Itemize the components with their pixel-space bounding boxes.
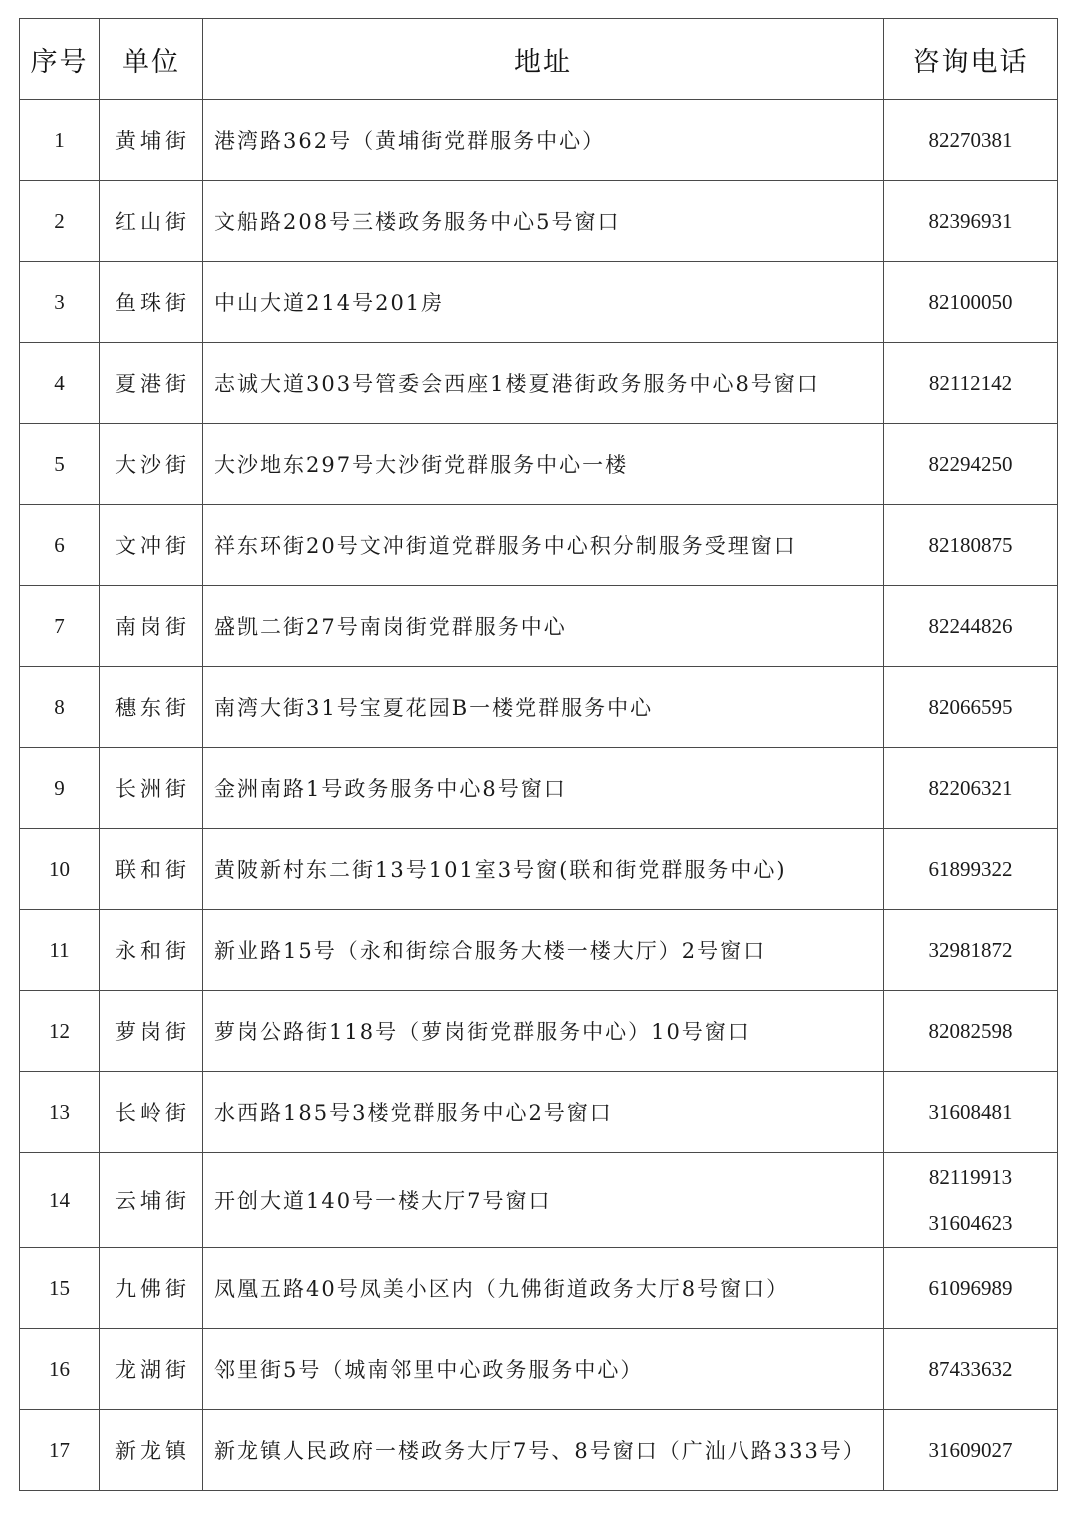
table-row: 11永和街新业路15号（永和街综合服务大楼一楼大厅）2号窗口32981872 — [20, 910, 1058, 991]
table-row: 13长岭街水西路185号3楼党群服务中心2号窗口31608481 — [20, 1072, 1058, 1153]
row-unit: 大沙街 — [100, 424, 203, 505]
row-index: 11 — [20, 910, 100, 991]
row-phone: 82082598 — [884, 991, 1058, 1072]
row-index: 8 — [20, 667, 100, 748]
table-row: 1黄埔街港湾路362号（黄埔街党群服务中心）82270381 — [20, 100, 1058, 181]
header-address: 地址 — [203, 19, 884, 100]
row-unit: 南岗街 — [100, 586, 203, 667]
row-phone: 82066595 — [884, 667, 1058, 748]
row-unit: 红山街 — [100, 181, 203, 262]
phone-number: 82294250 — [884, 441, 1057, 487]
table-row: 5大沙街大沙地东297号大沙街党群服务中心一楼82294250 — [20, 424, 1058, 505]
row-unit: 黄埔街 — [100, 100, 203, 181]
table-row: 8穗东街南湾大街31号宝夏花园B一楼党群服务中心82066595 — [20, 667, 1058, 748]
row-index: 17 — [20, 1410, 100, 1491]
row-index: 3 — [20, 262, 100, 343]
row-phone: 82244826 — [884, 586, 1058, 667]
row-index: 14 — [20, 1153, 100, 1248]
phone-number: 31604623 — [884, 1200, 1057, 1246]
phone-number: 61096989 — [884, 1265, 1057, 1311]
row-index: 1 — [20, 100, 100, 181]
phone-number: 87433632 — [884, 1346, 1057, 1392]
row-unit: 长洲街 — [100, 748, 203, 829]
row-unit: 联和街 — [100, 829, 203, 910]
table-row: 4夏港街志诚大道303号管委会西座1楼夏港街政务服务中心8号窗口82112142 — [20, 343, 1058, 424]
row-address: 萝岗公路街118号（萝岗街党群服务中心）10号窗口 — [203, 991, 884, 1072]
table-row: 16龙湖街邻里街5号（城南邻里中心政务服务中心）87433632 — [20, 1329, 1058, 1410]
header-row: 序号 单位 地址 咨询电话 — [20, 19, 1058, 100]
table-row: 17新龙镇新龙镇人民政府一楼政务大厅7号、8号窗口（广汕八路333号）31609… — [20, 1410, 1058, 1491]
row-address: 开创大道140号一楼大厅7号窗口 — [203, 1153, 884, 1248]
row-address: 港湾路362号（黄埔街党群服务中心） — [203, 100, 884, 181]
row-address: 志诚大道303号管委会西座1楼夏港街政务服务中心8号窗口 — [203, 343, 884, 424]
row-address: 大沙地东297号大沙街党群服务中心一楼 — [203, 424, 884, 505]
table-row: 7南岗街盛凯二街27号南岗街党群服务中心82244826 — [20, 586, 1058, 667]
header-unit: 单位 — [100, 19, 203, 100]
row-phone: 82206321 — [884, 748, 1058, 829]
header-phone: 咨询电话 — [884, 19, 1058, 100]
phone-number: 82180875 — [884, 522, 1057, 568]
table-body: 1黄埔街港湾路362号（黄埔街党群服务中心）822703812红山街文船路208… — [20, 100, 1058, 1491]
row-index: 4 — [20, 343, 100, 424]
row-phone: 82294250 — [884, 424, 1058, 505]
row-unit: 云埔街 — [100, 1153, 203, 1248]
phone-number: 82112142 — [884, 360, 1057, 406]
row-address: 文船路208号三楼政务服务中心5号窗口 — [203, 181, 884, 262]
row-unit: 九佛街 — [100, 1248, 203, 1329]
table-row: 14云埔街开创大道140号一楼大厅7号窗口8211991331604623 — [20, 1153, 1058, 1248]
row-address: 邻里街5号（城南邻里中心政务服务中心） — [203, 1329, 884, 1410]
row-phone: 61096989 — [884, 1248, 1058, 1329]
row-address: 南湾大街31号宝夏花园B一楼党群服务中心 — [203, 667, 884, 748]
phone-number: 82119913 — [884, 1154, 1057, 1200]
row-index: 13 — [20, 1072, 100, 1153]
row-index: 7 — [20, 586, 100, 667]
row-unit: 新龙镇 — [100, 1410, 203, 1491]
row-index: 6 — [20, 505, 100, 586]
phone-number: 61899322 — [884, 846, 1057, 892]
phone-number: 82100050 — [884, 279, 1057, 325]
row-address: 新龙镇人民政府一楼政务大厅7号、8号窗口（广汕八路333号） — [203, 1410, 884, 1491]
row-address: 中山大道214号201房 — [203, 262, 884, 343]
row-index: 2 — [20, 181, 100, 262]
row-phone: 82396931 — [884, 181, 1058, 262]
row-phone: 87433632 — [884, 1329, 1058, 1410]
row-phone: 31608481 — [884, 1072, 1058, 1153]
table-row: 10联和街黄陂新村东二街13号101室3号窗(联和街党群服务中心)6189932… — [20, 829, 1058, 910]
row-index: 10 — [20, 829, 100, 910]
table-row: 12萝岗街萝岗公路街118号（萝岗街党群服务中心）10号窗口82082598 — [20, 991, 1058, 1072]
row-address: 祥东环街20号文冲街道党群服务中心积分制服务受理窗口 — [203, 505, 884, 586]
row-address: 金洲南路1号政务服务中心8号窗口 — [203, 748, 884, 829]
row-phone: 61899322 — [884, 829, 1058, 910]
row-unit: 永和街 — [100, 910, 203, 991]
row-phone: 31609027 — [884, 1410, 1058, 1491]
phone-number: 82206321 — [884, 765, 1057, 811]
service-locations-table: 序号 单位 地址 咨询电话 1黄埔街港湾路362号（黄埔街党群服务中心）8227… — [19, 18, 1058, 1491]
row-unit: 龙湖街 — [100, 1329, 203, 1410]
row-unit: 长岭街 — [100, 1072, 203, 1153]
row-index: 15 — [20, 1248, 100, 1329]
row-index: 9 — [20, 748, 100, 829]
header-index: 序号 — [20, 19, 100, 100]
phone-number: 82270381 — [884, 117, 1057, 163]
phone-number: 82066595 — [884, 684, 1057, 730]
table-row: 15九佛街凤凰五路40号凤美小区内（九佛街道政务大厅8号窗口）61096989 — [20, 1248, 1058, 1329]
row-address: 水西路185号3楼党群服务中心2号窗口 — [203, 1072, 884, 1153]
table-row: 3鱼珠街中山大道214号201房82100050 — [20, 262, 1058, 343]
row-phone: 82112142 — [884, 343, 1058, 424]
row-unit: 文冲街 — [100, 505, 203, 586]
row-phone: 8211991331604623 — [884, 1153, 1058, 1248]
row-phone: 82100050 — [884, 262, 1058, 343]
row-unit: 萝岗街 — [100, 991, 203, 1072]
row-address: 新业路15号（永和街综合服务大楼一楼大厅）2号窗口 — [203, 910, 884, 991]
phone-number: 82082598 — [884, 1008, 1057, 1054]
row-index: 12 — [20, 991, 100, 1072]
row-unit: 穗东街 — [100, 667, 203, 748]
table-row: 6文冲街祥东环街20号文冲街道党群服务中心积分制服务受理窗口82180875 — [20, 505, 1058, 586]
phone-number: 32981872 — [884, 927, 1057, 973]
row-index: 5 — [20, 424, 100, 505]
row-address: 黄陂新村东二街13号101室3号窗(联和街党群服务中心) — [203, 829, 884, 910]
row-address: 盛凯二街27号南岗街党群服务中心 — [203, 586, 884, 667]
phone-number: 82396931 — [884, 198, 1057, 244]
row-phone: 82180875 — [884, 505, 1058, 586]
row-phone: 32981872 — [884, 910, 1058, 991]
row-phone: 82270381 — [884, 100, 1058, 181]
phone-number: 31608481 — [884, 1089, 1057, 1135]
row-unit: 鱼珠街 — [100, 262, 203, 343]
table-row: 2红山街文船路208号三楼政务服务中心5号窗口82396931 — [20, 181, 1058, 262]
row-address: 凤凰五路40号凤美小区内（九佛街道政务大厅8号窗口） — [203, 1248, 884, 1329]
table-row: 9长洲街金洲南路1号政务服务中心8号窗口82206321 — [20, 748, 1058, 829]
row-index: 16 — [20, 1329, 100, 1410]
phone-number: 82244826 — [884, 603, 1057, 649]
row-unit: 夏港街 — [100, 343, 203, 424]
phone-number: 31609027 — [884, 1427, 1057, 1473]
